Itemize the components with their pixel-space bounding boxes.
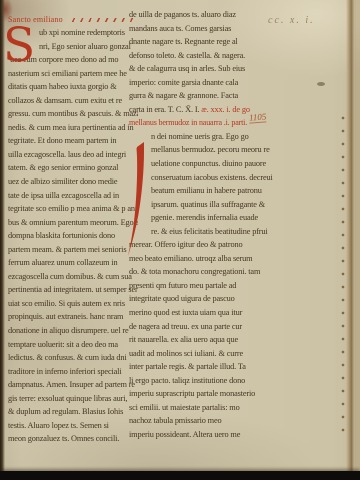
text-line: integritate quod uigura de pascuo [129,292,293,306]
text-line: partem meam. & partem mei senioris [8,243,138,257]
parchment-speck-decoration [317,82,325,86]
text-line: donatione in aliquo disrumpere. uel re [8,324,138,338]
text-line: propinquis. aut extraneis. hanc nram [8,310,138,324]
text-line: inter partale regis. & partale illud. Ta [129,360,293,374]
column2-body-text-block: n dei nomine ueris gra. Ego gomellanus b… [129,130,293,442]
second-charter-rubric: mellanus bermudoz in nauarra .i. parti. [129,116,293,130]
text-line: meon gonzaluez ts. Omnes concili. [8,432,138,446]
text-line: conseruatum iacobus existens. decreui [129,171,293,185]
text-line: dnante nagare ts. Regnante rege al [129,35,293,49]
drop-initial-i-icon: I [127,142,145,258]
text-line: mellanus bermudoz. pecoru meoru re [129,143,293,157]
margin-year-note: 1105 [249,111,267,123]
text-line: imperiu possideant. Altera uero me [129,428,293,442]
dating-clause-black: carta in era. T. C. X̄. I. [129,105,201,114]
text-line: merino quod est iuxta uiam qua itur [129,306,293,320]
column1-text-block: ub xpi nomine redemptorisnri, Ego senior… [8,26,138,446]
text-line: uelatione conpunctus. diuino pauore [129,157,293,171]
text-line: & duplum ad regulam. Blasius Iohis [8,405,138,419]
text-line: temptare uoluerit: sit a deo deo ma [8,338,138,352]
text-line: tegritate sco emilio p mea anima & p ani… [8,202,138,216]
text-line: tegritate. Et dono meam partem in [8,134,138,148]
text-line: bus & omnium parentum meorum. Ego aut [8,216,138,230]
text-line: ezcagoscella cum domibus. & cum sua [8,270,138,284]
text-line: uez de albizo similiter dono medie [8,175,138,189]
text-line: dampnatus. Amen. Insuper ad partem re [8,378,138,392]
text-line: ferrum aluarez unum collazeum in [8,256,138,270]
text-line: pertinentia ad integritatem. ut semper s… [8,283,138,297]
text-line: n dei nomine ueris gra. Ego go [129,130,293,144]
text-line: & de calagurra usq in arles. Sub eius [129,62,293,76]
text-line: imperio: comite garsia dnante cala [129,76,293,90]
page-right-edge [355,0,360,471]
text-line: gurra & nagare & grannone. Facta [129,89,293,103]
text-line: li ergo pacto. taliqz institutione dono [129,374,293,388]
text-line: defonso toleto. & castella. & nagera. [129,49,293,63]
text-line: merear. Offero igitur deo & patrono [129,238,293,252]
text-line: uilla ezcagoscella. laus deo ad integri [8,148,138,162]
text-line: uadit ad molinos sci iuliani. & curre [129,347,293,361]
text-column-left: Sancto emiliano S ub xpi nomine redempto… [8,13,138,446]
text-line: dompna blaskita fortunionis dono [8,229,138,243]
text-line: do. & tota monachoru congregationi. tam [129,265,293,279]
text-line: imperiu suprascriptu partale monasterio [129,387,293,401]
dating-clause-red: æ. xxx. i. de go [201,105,250,114]
text-line: ipsarum. quatinus illa suffragante & [129,198,293,212]
text-line: gressu. cum montibus & pascuis. & maza [8,107,138,121]
page-left-edge-shadow [0,0,5,472]
text-line: ditatis quam habeo iuxta gorgio & [8,80,138,94]
text-line: de nagera ad treuu. ex una parte cur [129,320,293,334]
text-line: nachoz tabula pmissario meo [129,414,293,428]
text-column-right: de uilla de paganos ts. aluaro diazmanda… [129,8,293,442]
rubric-line-filler-decoration [67,18,138,22]
text-line: collazos & damsam. cum exitu et re [8,94,138,108]
text-line: testis. Aluaro lopez ts. Semen si [8,419,138,433]
manuscript-page: Sancto emiliano S ub xpi nomine redempto… [0,0,360,480]
text-line: rit nauarella. ex alia uero aqua que [129,333,293,347]
text-line: gis terre: exsoluat quinque libras auri, [8,392,138,406]
text-line: beatum emilianu in habere patronu [129,184,293,198]
dating-clause-line: carta in era. T. C. X̄. I. æ. xxx. i. de… [129,103,293,117]
text-line: tate de ipsa uilla ezcagoscella ad in [8,189,138,203]
text-line: meo beato emiliano. utroqz alba serum [129,252,293,266]
photo-bottom-border [0,471,360,480]
text-line: tatem. & ego senior ermino gonzal [8,161,138,175]
text-line: sci emilii. ut maiestate partalis: mo [129,401,293,415]
text-line: uiat sco emilio. Si quis autem ex nris [8,297,138,311]
text-line: traditore in inferno inferiori speciali [8,365,138,379]
sewing-holes-decoration [341,115,345,441]
drop-initial-s: S [3,24,35,68]
folio-number: cc. x. i. [268,15,315,26]
text-line: presenti qm futuro meu partale ad [129,279,293,293]
text-line: nedis. & cum mea iura pertinentia ad in [8,121,138,135]
text-line: pgenie. merendis infernalia euade [129,211,293,225]
text-line: ledictus. & confusus. & cum iuda dni [8,351,138,365]
text-line: re. & eius felicitatis beatitudine pfrui [129,225,293,239]
